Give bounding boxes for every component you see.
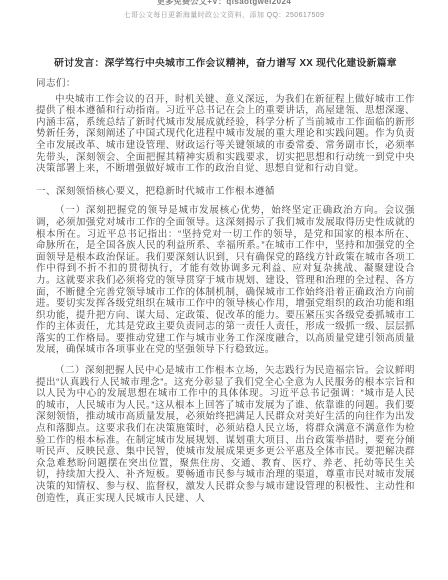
intro-paragraph: 中央城市工作会议的召开，时机关键、意义深远，为我们在新征程上做好城市工作提供了根… xyxy=(36,94,415,175)
salutation: 同志们： xyxy=(36,78,415,90)
section-one-heading: 一、深刻领悟核心要义，把稳新时代城市工作根本遵循 xyxy=(36,186,415,198)
paragraph-point-one: （一）深刻把握党的领导是城市发展核心优势，始终坚定正确政治方向。会议强调，必须加… xyxy=(36,205,415,356)
document-body: 研讨发言：深学笃行中央城市工作会议精神，奋力谱写 XX 现代化建设新篇章 同志们… xyxy=(36,58,415,504)
document-title: 研讨发言：深学笃行中央城市工作会议精神，奋力谱写 XX 现代化建设新篇章 xyxy=(36,58,415,70)
document-page: 更多免费公文+V：qisaotgwei2024 七哥公文每日更新海量时政公文资料… xyxy=(0,0,448,580)
paragraph-point-two: （二）深刻把握人民中心是城市工作根本立场，矢志践行为民造福宗旨。会议鲜明提出“认… xyxy=(36,365,415,504)
document-header: 更多免费公文+V：qisaotgwei2024 七哥公文每日更新海量时政公文资料… xyxy=(0,0,448,20)
header-promo-line2: 七哥公文每日更新海量时政公文资料，添加 QQ：250617509 xyxy=(0,10,448,20)
header-promo-line1: 更多免费公文+V：qisaotgwei2024 xyxy=(0,0,448,7)
